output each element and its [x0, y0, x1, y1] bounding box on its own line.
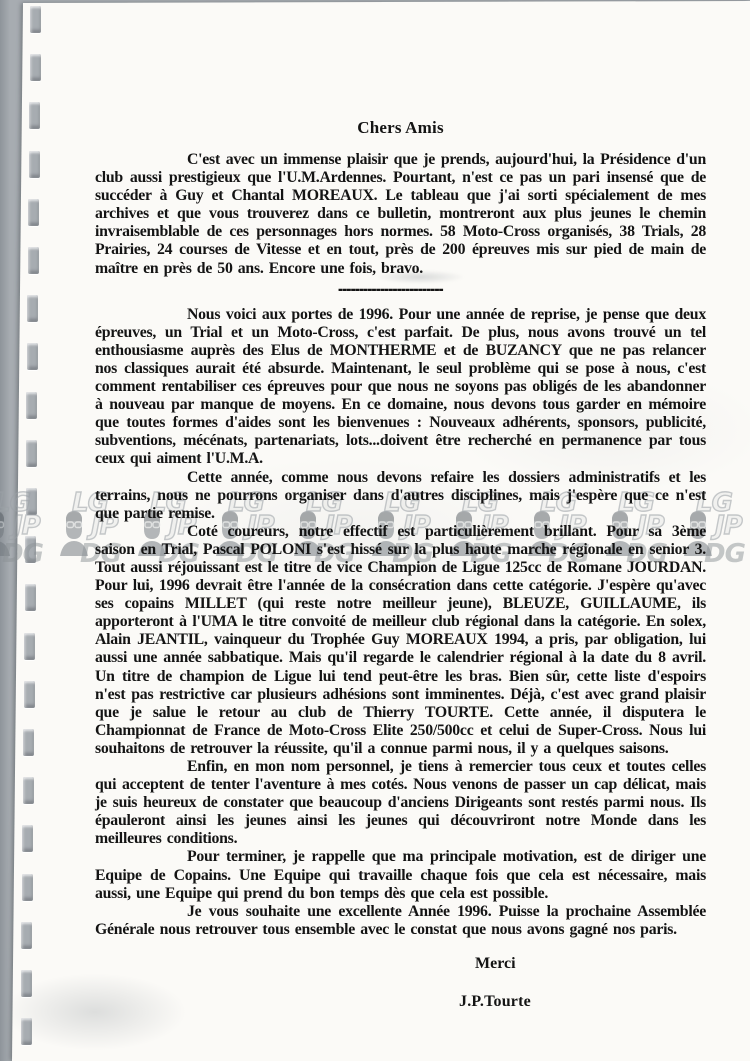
binding-hole — [24, 633, 35, 660]
binding-hole — [26, 488, 37, 515]
separator-line: ------------------------- — [338, 282, 706, 296]
paragraph-1996-season: Nous voici aux portes de 1996. Pour une … — [95, 306, 706, 469]
paragraph-thanks: Enfin, en mon nom personnel, je tiens à … — [95, 758, 706, 848]
binding-hole — [28, 199, 39, 226]
paragraph-motivation: Pour terminer, je rappelle que ma princi… — [95, 848, 706, 902]
paragraph-intro: C'est avec un immense plaisir que je pre… — [95, 151, 706, 278]
paragraph-wishes: Je vous souhaite une excellente Année 19… — [95, 903, 706, 939]
binding-hole — [21, 970, 32, 997]
binding-hole — [30, 6, 41, 33]
letter-body: Chers Amis C'est avec un immense plaisir… — [95, 0, 706, 1011]
binding-hole — [23, 729, 34, 756]
binding-hole — [25, 584, 36, 611]
scanned-letter-page: LGJPDGLGJPDGLGJPDGLGJPDGLGJPDGLGJPDGLGJP… — [0, 0, 750, 1061]
binding-hole — [26, 440, 37, 467]
binding-hole — [28, 247, 39, 274]
binding-hole — [22, 874, 33, 901]
binding-hole — [24, 681, 35, 708]
salutation: Chers Amis — [95, 118, 706, 138]
binding-hole — [30, 54, 41, 81]
binding-hole — [21, 922, 32, 949]
binding-hole — [21, 1018, 32, 1045]
binding-hole — [27, 295, 38, 322]
binding-hole — [25, 536, 36, 563]
binding-hole — [23, 777, 34, 804]
paragraph-riders: Coté coureurs, notre effectif est partic… — [95, 523, 706, 758]
signature-name: J.P.Tourte — [459, 993, 706, 1011]
binding-hole — [22, 825, 33, 852]
binding-hole — [27, 343, 38, 370]
paragraph-dossiers: Cette année, comme nous devons refaire l… — [95, 469, 706, 523]
closing-word: Merci — [475, 955, 706, 973]
binding-hole — [26, 392, 37, 419]
binding-hole — [29, 102, 40, 129]
binding-hole — [29, 151, 40, 178]
